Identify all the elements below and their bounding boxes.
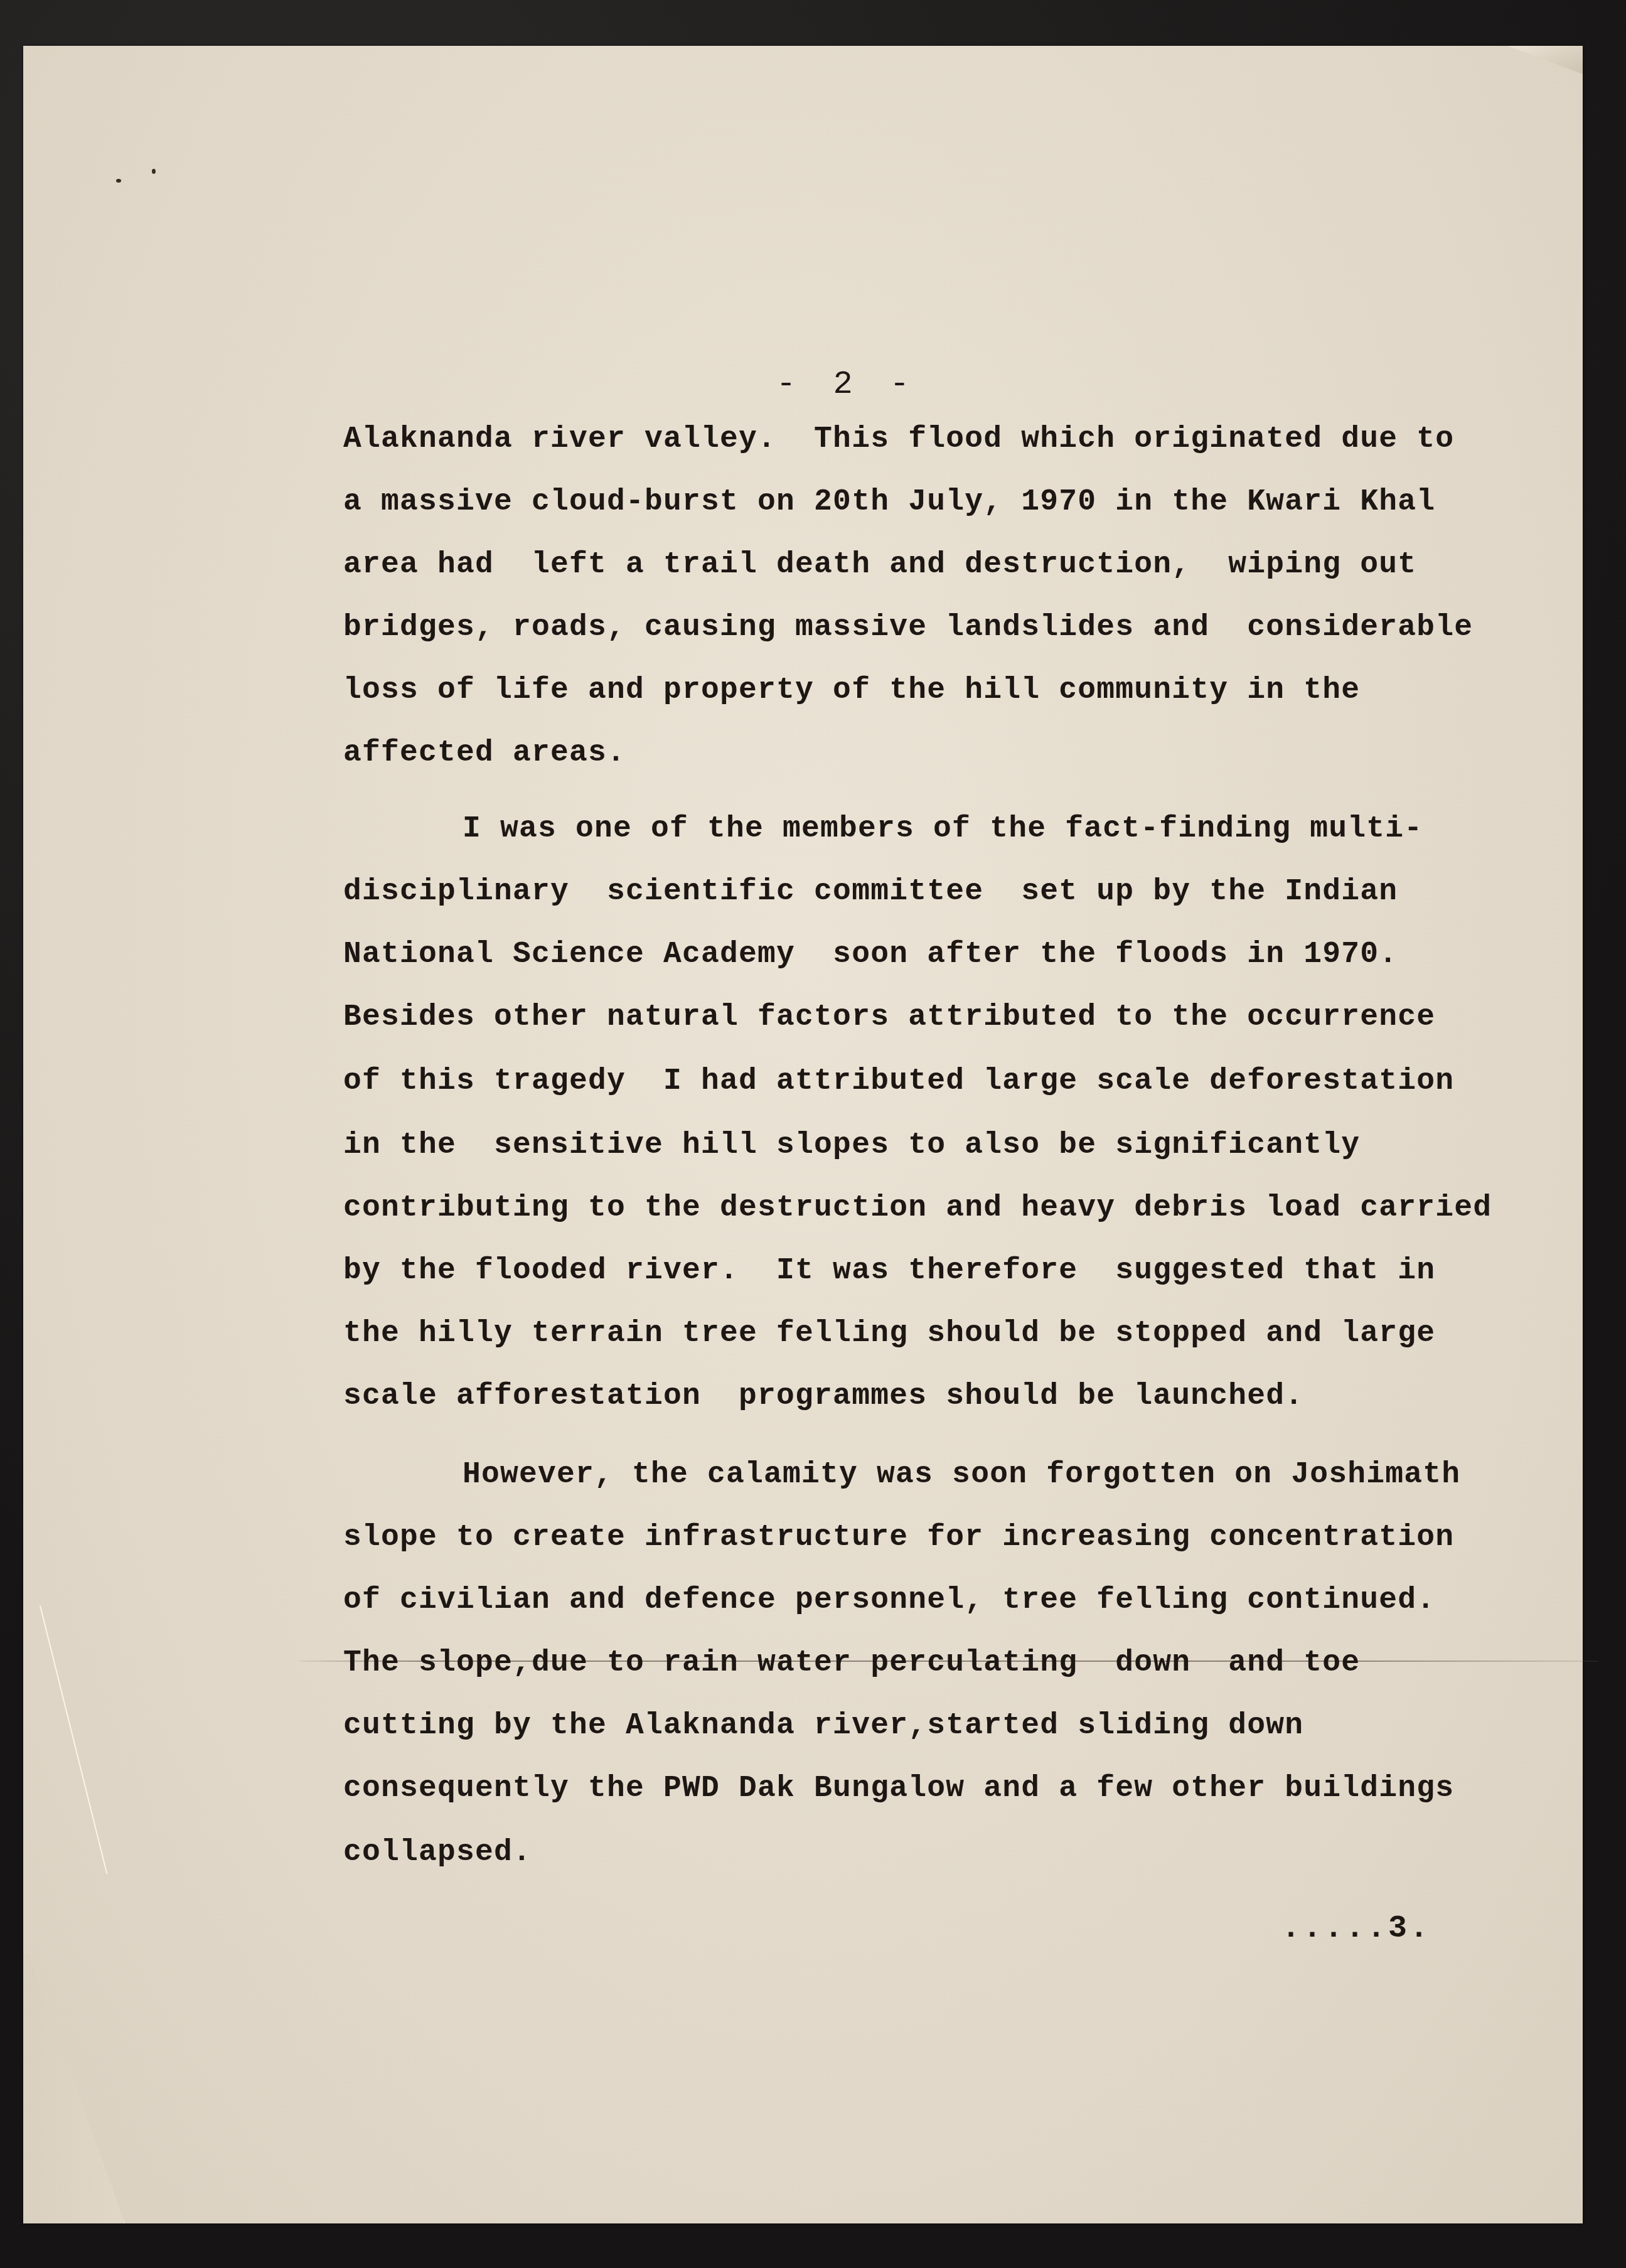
text-line: in the sensitive hill slopes to also be … bbox=[343, 1126, 1360, 1164]
text-line: by the flooded river. It was therefore s… bbox=[343, 1252, 1435, 1290]
text-line: loss of life and property of the hill co… bbox=[343, 671, 1360, 709]
text-line: cutting by the Alaknanda river,started s… bbox=[343, 1707, 1303, 1745]
document-body: - 2 - Alaknanda river valley. This flood… bbox=[23, 46, 1583, 2223]
text-line: collapsed. bbox=[343, 1834, 532, 1871]
text-line: of this tragedy I had attributed large s… bbox=[343, 1062, 1454, 1100]
text-line: The slope,due to rain water perculating … bbox=[343, 1644, 1360, 1682]
text-line: scale afforestation programmes should be… bbox=[343, 1377, 1303, 1415]
page-number: - 2 - bbox=[776, 366, 918, 403]
text-line: Besides other natural factors attributed… bbox=[343, 998, 1435, 1036]
text-line: Alaknanda river valley. This flood which… bbox=[343, 420, 1454, 458]
text-line: disciplinary scientific committee set up… bbox=[343, 873, 1398, 911]
text-line: consequently the PWD Dak Bungalow and a … bbox=[343, 1770, 1454, 1807]
typed-document-page: - 2 - Alaknanda river valley. This flood… bbox=[23, 46, 1583, 2223]
text-line: contributing to the destruction and heav… bbox=[343, 1189, 1492, 1227]
text-line: affected areas. bbox=[343, 734, 626, 772]
text-line: the hilly terrain tree felling should be… bbox=[343, 1315, 1435, 1352]
continuation-marker: .....3. bbox=[1281, 1911, 1431, 1947]
text-line: National Science Academy soon after the … bbox=[343, 936, 1398, 973]
text-line: of civilian and defence personnel, tree … bbox=[343, 1581, 1435, 1619]
text-line: However, the calamity was soon forgotten… bbox=[463, 1456, 1460, 1494]
text-line: slope to create infrastructure for incre… bbox=[343, 1519, 1454, 1556]
text-line: area had left a trail death and destruct… bbox=[343, 546, 1416, 584]
text-line: a massive cloud-burst on 20th July, 1970… bbox=[343, 483, 1435, 521]
text-line: I was one of the members of the fact-fin… bbox=[463, 810, 1423, 848]
text-line: bridges, roads, causing massive landslid… bbox=[343, 609, 1473, 646]
